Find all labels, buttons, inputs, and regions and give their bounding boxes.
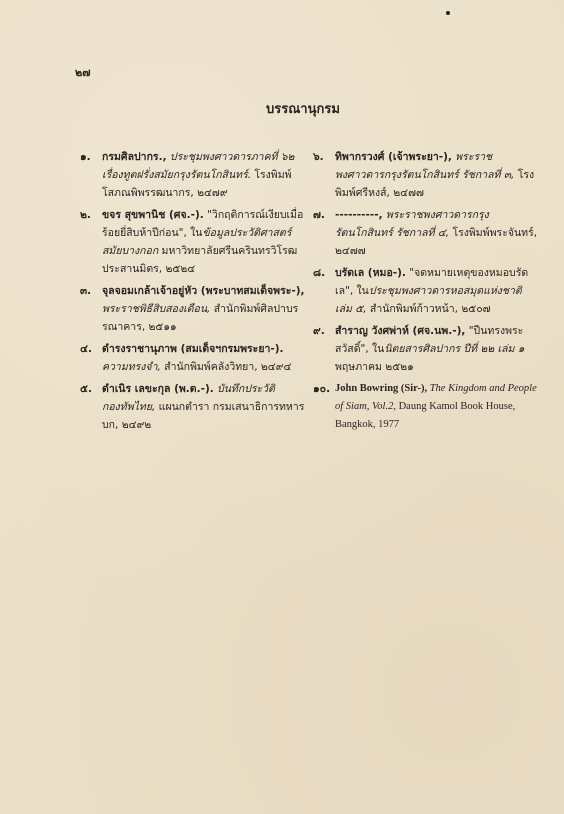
entry-number: ๖. [313, 148, 324, 166]
entry-publisher: สำนักพิมพ์คลังวิทยา, ๒๔๙๔ [164, 361, 291, 373]
entry-number: ๙. [313, 322, 325, 340]
bibliography-column-right: ๖. ทิพากรวงศ์ (เจ้าพระยา-), พระราชพงศาวด… [313, 148, 538, 438]
entry-author: John Bowring (Sir-), [335, 383, 427, 394]
bibliography-entry: ๒. ขจร สุขพานิช (ศจ.-). "วิกฤติการณ์เงีย… [80, 206, 305, 278]
entry-author: กรมศิลปากร., [102, 151, 167, 163]
entry-title: ความทรงจำ, [102, 361, 161, 373]
entry-number: ๓. [80, 282, 91, 300]
entry-author: ทิพากรวงศ์ (เจ้าพระยา-), [335, 151, 452, 163]
bibliography-entry: ๘. บรัดเล (หมอ-). "จดหมายเหตุของหมอบรัดเ… [313, 264, 538, 318]
entry-title: นิตยสารศิลปากร ปีที่ ๒๒ เล่ม ๑ [384, 343, 524, 355]
bibliography-column-left: ๑. กรมศิลปากร., ประชุมพงศาวดารภาคที่ ๖๒ … [80, 148, 305, 438]
bibliography-entry: ๙. สำราญ วังศพ่าห์ (ศจ.นพ.-), "ปืนทรงพระ… [313, 322, 538, 376]
entry-author: บรัดเล (หมอ-). [335, 267, 406, 279]
entry-number: ๔. [80, 340, 92, 358]
entry-author: จุลจอมเกล้าเจ้าอยู่หัว (พระบาทสมเด็จพระ-… [102, 285, 305, 297]
page-title: บรรณานุกรม [266, 98, 340, 119]
page-number: ๒๗ [75, 63, 91, 81]
ink-dot [446, 11, 450, 15]
entry-number: ๒. [80, 206, 91, 224]
entry-title: พระราชพิธีสิบสองเดือน, [102, 303, 210, 315]
entry-number: ๑๐. [313, 380, 330, 398]
entry-author: ดำรงราชานุภาพ (สมเด็จฯกรมพระยา-). [102, 343, 284, 355]
entry-author: สำราญ วังศพ่าห์ (ศจ.นพ.-), [335, 325, 465, 337]
entry-publisher: สำนักพิมพ์ก้าวหน้า, ๒๕๐๗ [370, 303, 491, 315]
entry-author: ขจร สุขพานิช (ศจ.-). [102, 209, 204, 221]
entry-number: ๑. [80, 148, 91, 166]
entry-number: ๕. [80, 380, 92, 398]
bibliography-entry: ๔. ดำรงราชานุภาพ (สมเด็จฯกรมพระยา-). ควา… [80, 340, 305, 376]
entry-number: ๘. [313, 264, 325, 282]
entry-number: ๗. [313, 206, 325, 224]
bibliography-entry: ๖. ทิพากรวงศ์ (เจ้าพระยา-), พระราชพงศาวด… [313, 148, 538, 202]
bibliography-entry: ๑. กรมศิลปากร., ประชุมพงศาวดารภาคที่ ๖๒ … [80, 148, 305, 202]
entry-author: ดำเนิร เลขะกุล (พ.ต.-). [102, 383, 214, 395]
bibliography-entry: ๑๐. John Bowring (Sir-), The Kingdom and… [313, 380, 538, 434]
entry-author: ----------, [335, 209, 383, 221]
entry-publisher: พฤษภาคม ๒๕๒๑ [335, 361, 414, 373]
bibliography-entry: ๗. ----------, พระราชพงศาวดารกรุงรัตนโกส… [313, 206, 538, 260]
bibliography-entry: ๓. จุลจอมเกล้าเจ้าอยู่หัว (พระบาทสมเด็จพ… [80, 282, 305, 336]
bibliography-entry: ๕. ดำเนิร เลขะกุล (พ.ต.-). บันทึกประวัติ… [80, 380, 305, 434]
